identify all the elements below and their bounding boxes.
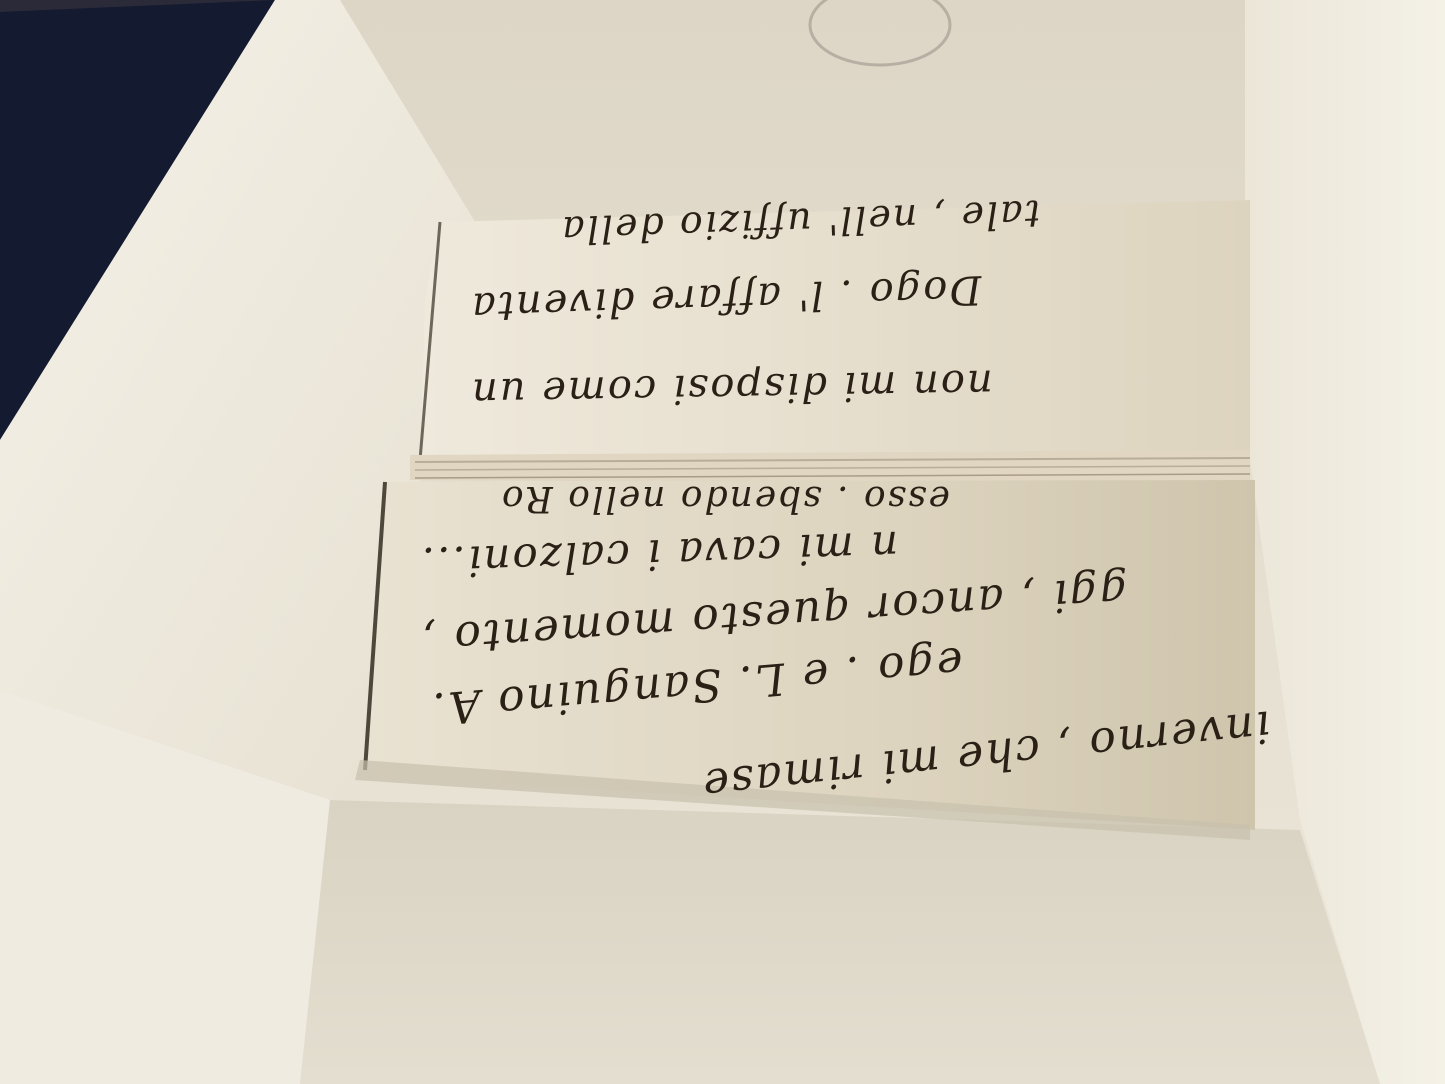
lower-note-line-1: esso . sbendo nello Ro [500,478,950,519]
upper-note-line-3: non mi disposi come un [470,360,993,415]
photo-scene: tale , nell' uffizio della Dogo . l' aff… [0,0,1445,1084]
